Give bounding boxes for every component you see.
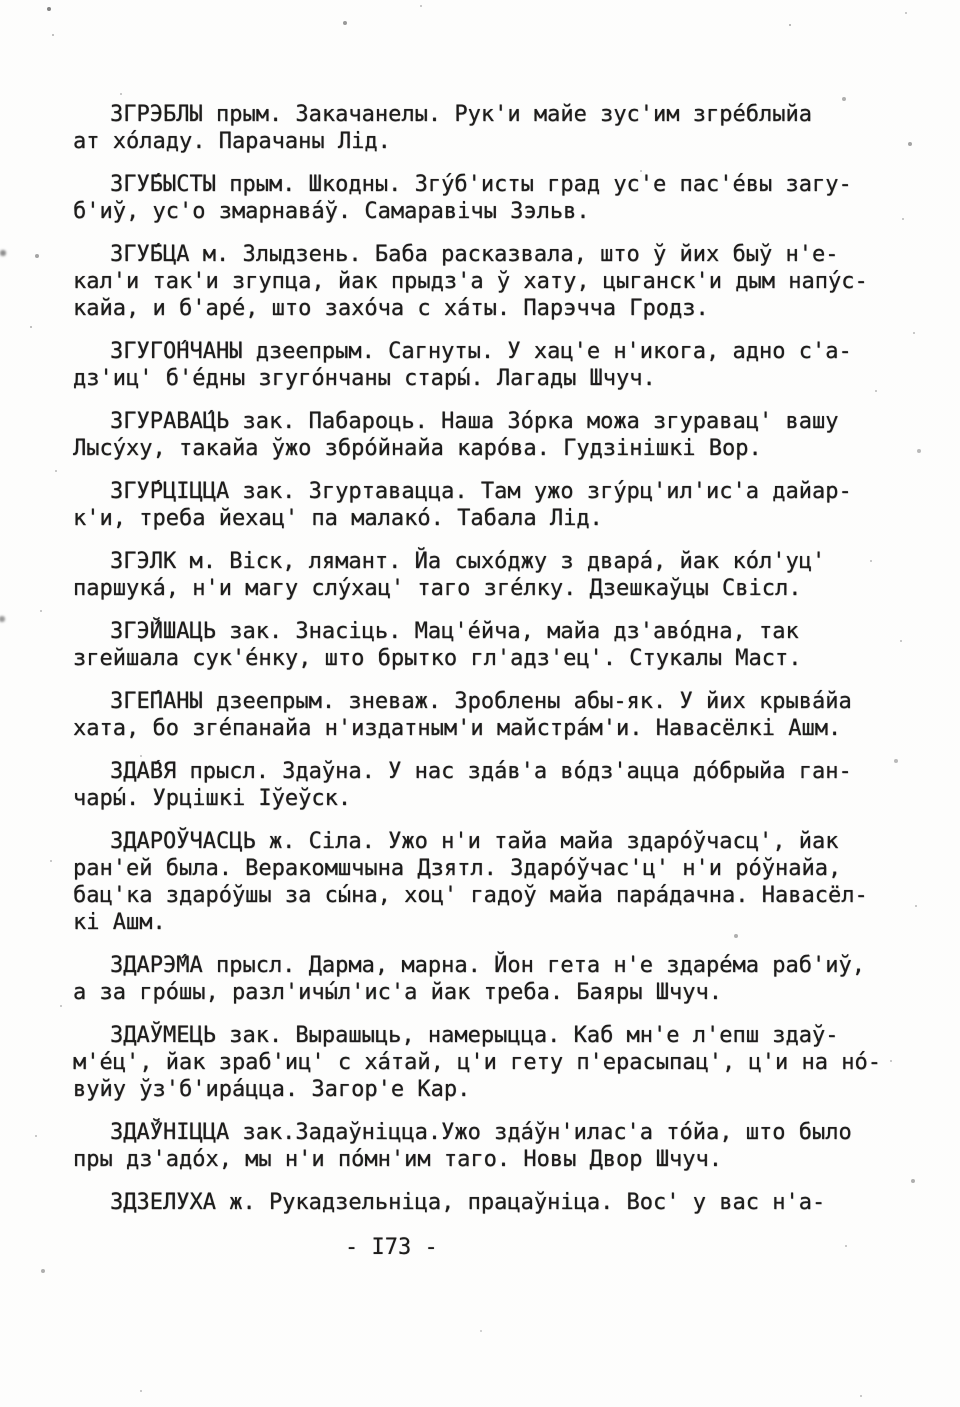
entry-line: пры дз'адо́х, мы н'и по́мн'им таго. Новы… (73, 1146, 889, 1173)
entry-first-line: ЗГРЭБЛЫ прым. Закачанелы. Рук'и майе зус… (73, 101, 889, 128)
entry-line: к'и, треба йехац' па малако́. Табала Лід… (73, 505, 889, 532)
entry-line: дз'иц' б'е́дны згуго́нчаны стары́. Лагад… (73, 365, 889, 392)
dictionary-entry: ЗГУ́БЦА м. Злыдзень. Баба расказвала, шт… (73, 241, 889, 322)
entry-line: бац'ка здаро́ўшы за сы́на, хоц' гадоў ма… (73, 882, 889, 909)
scanned-dictionary-page: ЗГРЭБЛЫ прым. Закачанелы. Рук'и майе зус… (0, 0, 960, 1407)
entry-line: паршука́, н'и магу слу́хац' таго зге́лку… (73, 575, 889, 602)
dictionary-entry: ЗДА́ВЯ прысл. Здаўна. У нас зда́в'а во́д… (73, 758, 889, 812)
page-number: - I73 - (345, 1234, 438, 1261)
dictionary-entry: ЗГУРАВА́ЦЬ зак. Пабароць. Наша Зо́рка мо… (73, 408, 889, 462)
dictionary-entry: ЗГЕ́ПАНЫ дзеепрым. зневаж. Зроблены абы-… (73, 688, 889, 742)
entry-first-line: ЗДАЎМЕЦЬ зак. Вырашыць, намерыцца. Каб м… (73, 1022, 889, 1049)
entry-first-line: ЗГУГО́НЧАНЫ дзеепрым. Сагнуты. У хац'е н… (73, 338, 889, 365)
entry-line: згейшала сук'е́нку, што брытко гл'адз'ец… (73, 645, 889, 672)
entry-first-line: ЗДАРОЎЧАСЦЬ ж. Сіла. Ужо н'и тайа майа з… (73, 828, 889, 855)
dictionary-entry: ЗДА́ЎНІЦЦА зак.Задаўніцца.Ужо зда́ўн'ила… (73, 1119, 889, 1173)
entry-line: м'е́ц', йак зраб'иц' с ха́тай, ц'и гету … (73, 1049, 889, 1076)
scan-noise-specks (0, 0, 2, 2)
entry-first-line: ЗДА́ЎНІЦЦА зак.Задаўніцца.Ужо зда́ўн'ила… (73, 1119, 889, 1146)
dictionary-entry: ЗГУ́БЫСТЫ прым. Шкодны. Згу́б'исты град … (73, 171, 889, 225)
dictionary-entries: ЗГРЭБЛЫ прым. Закачанелы. Рук'и майе зус… (73, 101, 889, 1232)
entry-line: кал'и так'и згупца, йак прыдз'а ў хату, … (73, 268, 889, 295)
entry-first-line: ЗГУ́БЫСТЫ прым. Шкодны. Згу́б'исты град … (73, 171, 889, 198)
entry-first-line: ЗДАРЭ́МА прысл. Дарма, марна. Йон гета н… (73, 952, 889, 979)
dictionary-entry: ЗГУГО́НЧАНЫ дзеепрым. Сагнуты. У хац'е н… (73, 338, 889, 392)
entry-first-line: ЗГЕ́ПАНЫ дзеепрым. зневаж. Зроблены абы-… (73, 688, 889, 715)
dictionary-entry: ЗДЗЕЛУХА ж. Рукадзельніца, працаўніца. В… (73, 1189, 889, 1216)
entry-line: кі Ашм. (73, 909, 889, 936)
entry-line: кайа, и б'аре́, што захо́ча с ха́ты. Пар… (73, 295, 889, 322)
entry-line: ран'ей была. Веракомшчына Дзятл. Здаро́ў… (73, 855, 889, 882)
entry-line: Лысу́ху, такайа ўжо збро́йнайа каро́ва. … (73, 435, 889, 462)
dictionary-entry: ЗДАРОЎЧАСЦЬ ж. Сіла. Ужо н'и тайа майа з… (73, 828, 889, 936)
dictionary-entry: ЗГУ́РЦІЦЦА зак. Згуртавацца. Там ужо згу… (73, 478, 889, 532)
entry-first-line: ЗГЭ́ЙШАЦЬ зак. Знасіць. Мац'е́йча, майа … (73, 618, 889, 645)
dictionary-entry: ЗДАЎМЕЦЬ зак. Вырашыць, намерыцца. Каб м… (73, 1022, 889, 1103)
dictionary-entry: ЗГРЭБЛЫ прым. Закачанелы. Рук'и майе зус… (73, 101, 889, 155)
dictionary-entry: ЗДАРЭ́МА прысл. Дарма, марна. Йон гета н… (73, 952, 889, 1006)
entry-line: чары́. Урцішкі Іўеўск. (73, 785, 889, 812)
entry-first-line: ЗГУ́БЦА м. Злыдзень. Баба расказвала, шт… (73, 241, 889, 268)
entry-first-line: ЗГУРАВА́ЦЬ зак. Пабароць. Наша Зо́рка мо… (73, 408, 889, 435)
entry-line: хата, бо зге́панайа н'издатным'и майстра… (73, 715, 889, 742)
entry-line: ат хо́ладу. Парачаны Лід. (73, 128, 889, 155)
entry-first-line: ЗДЗЕЛУХА ж. Рукадзельніца, працаўніца. В… (73, 1189, 889, 1216)
entry-line: б'иў, ус'о змарнава́ў. Самаравічы Зэльв. (73, 198, 889, 225)
entry-first-line: ЗДА́ВЯ прысл. Здаўна. У нас зда́в'а во́д… (73, 758, 889, 785)
dictionary-entry: ЗГЭ́ЙШАЦЬ зак. Знасіць. Мац'е́йча, майа … (73, 618, 889, 672)
dictionary-entry: ЗГЭЛК м. Віск, лямант. Йа сыхо́джу з два… (73, 548, 889, 602)
entry-first-line: ЗГУ́РЦІЦЦА зак. Згуртавацца. Там ужо згу… (73, 478, 889, 505)
entry-line: а за гро́шы, разл'ичы́л'ис'а йак треба. … (73, 979, 889, 1006)
entry-first-line: ЗГЭЛК м. Віск, лямант. Йа сыхо́джу з два… (73, 548, 889, 575)
entry-line: вуйу ўз'б'ира́цца. Загор'е Кар. (73, 1076, 889, 1103)
